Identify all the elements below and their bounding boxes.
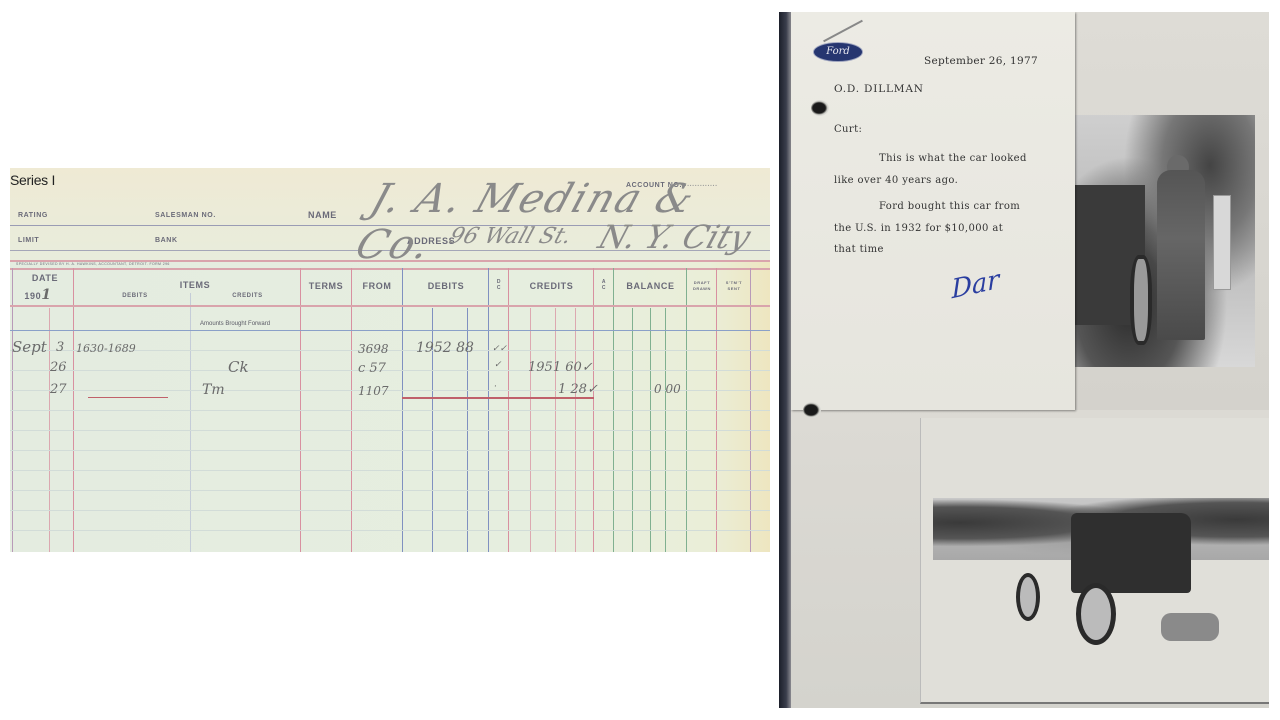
- background-figure: [1213, 195, 1231, 290]
- entry-3-day: 27: [50, 382, 67, 397]
- entry-3-from: 1107: [358, 384, 389, 398]
- col-date: DATE: [20, 273, 70, 283]
- header-bottom-rule: [10, 305, 770, 307]
- entry-1-month: Sept: [12, 338, 47, 356]
- entry-2-item-credit: Ck: [228, 358, 249, 376]
- amounts-brought-forward: Amounts Brought Forward: [200, 321, 270, 327]
- col-stmt-sent: S'TM'TSENT: [718, 280, 750, 292]
- entry-3-balance: 0 00: [654, 382, 681, 396]
- signature: Dar: [951, 265, 1000, 306]
- row-rule: [10, 490, 770, 491]
- paragraph-2-line-3: that time: [834, 239, 1059, 261]
- entry-1-debits: 1952 88: [416, 340, 474, 356]
- entry-3-credits: 1 28✓: [558, 382, 598, 397]
- col-items-credits: CREDITS: [220, 293, 275, 299]
- col-dc: DC: [490, 279, 508, 291]
- man-figure: [1157, 170, 1205, 340]
- col-terms: TERMS: [302, 281, 350, 291]
- rear-wheel: [1076, 583, 1116, 645]
- entry-1-item-debit: 1630-1689: [76, 342, 136, 355]
- row-rule: [10, 510, 770, 511]
- ford-letter: Ford September 26, 1977 O.D. DILLMAN Cur…: [791, 12, 1075, 410]
- paragraph-1-line-2: like over 40 years ago.: [834, 170, 1059, 192]
- entry-1-day: 3: [56, 340, 64, 355]
- punch-hole-icon: [811, 100, 829, 116]
- photo-panel: Ford September 26, 1977 O.D. DILLMAN Cur…: [779, 12, 1269, 708]
- person-under-car: [1161, 613, 1219, 641]
- lower-sheet: [791, 410, 1269, 708]
- ledger-card: Series I ACCOUNT NO. .............. RATI…: [10, 168, 770, 552]
- col-balance: BALANCE: [615, 281, 686, 291]
- bank-label: BANK: [155, 237, 178, 244]
- row-rule: [10, 450, 770, 451]
- photo-image: [1075, 115, 1255, 367]
- entry-2-day: 26: [50, 360, 67, 375]
- closing-rule: [402, 397, 594, 399]
- front-wheel: [1016, 573, 1040, 621]
- letter-sender: O.D. DILLMAN: [834, 83, 924, 95]
- car-wheel: [1130, 255, 1152, 345]
- col-year: 1901: [18, 287, 58, 303]
- punch-hole-icon: [803, 402, 821, 418]
- paragraph-1-line-1: This is what the car looked: [834, 148, 1059, 170]
- paragraph-2-line-2: the U.S. in 1932 for $10,000 at: [834, 218, 1059, 240]
- col-debits: DEBITS: [404, 281, 488, 291]
- row-rule: [10, 430, 770, 431]
- forward-rule: [10, 330, 770, 331]
- col-items: ITEMS: [150, 280, 240, 290]
- col-credits: CREDITS: [510, 281, 593, 291]
- entry-3-item-strike: [88, 397, 168, 398]
- row-rule: [10, 410, 770, 411]
- row-rule: [10, 470, 770, 471]
- row-rule: [10, 530, 770, 531]
- letter-salutation: Curt:: [834, 124, 862, 135]
- series-label: Series I: [10, 172, 55, 188]
- photo-antique-car: [920, 418, 1269, 704]
- ford-logo-icon: Ford: [813, 42, 863, 62]
- col-rule: [190, 293, 191, 552]
- paragraph-2-line-1: Ford bought this car from: [834, 196, 1059, 218]
- col-from: FROM: [353, 281, 401, 291]
- entry-2-from: c 57: [358, 361, 386, 376]
- table-top-rule: [10, 268, 770, 270]
- entry-2-dc: ✓: [494, 360, 502, 370]
- letter-date: September 26, 1977: [924, 55, 1038, 67]
- entry-3-dc: ·: [494, 382, 497, 392]
- entry-2-credits: 1951 60✓: [528, 360, 593, 375]
- salesman-no-label: SALESMAN NO.: [155, 212, 216, 219]
- name-label: NAME: [308, 210, 337, 220]
- staple: [823, 20, 863, 42]
- col-ac: AC: [595, 279, 613, 291]
- letter-body: This is what the car looked like over 40…: [834, 148, 1059, 266]
- limit-label: LIMIT: [18, 237, 39, 244]
- row-rule: [10, 370, 770, 371]
- col-draft-drawn: DRAFTDRAWN: [688, 280, 716, 292]
- form-fine-print: SPECIALLY DEVISED BY H. A. HAWKINS, ACCO…: [16, 262, 170, 266]
- binder-sleeve-edge: [779, 12, 791, 708]
- col-items-debits: DEBITS: [110, 293, 160, 299]
- address-handwritten: 96 Wall St.: [446, 224, 575, 249]
- entry-1-from: 3698: [358, 342, 389, 356]
- entry-3-item-credit: Tm: [202, 382, 225, 398]
- antique-car: [1071, 513, 1191, 593]
- entry-1-dc: ✓✓: [492, 344, 507, 354]
- rating-label: RATING: [18, 212, 48, 219]
- photo-man-with-car: [1075, 12, 1269, 410]
- city-handwritten: N. Y. City: [594, 218, 756, 256]
